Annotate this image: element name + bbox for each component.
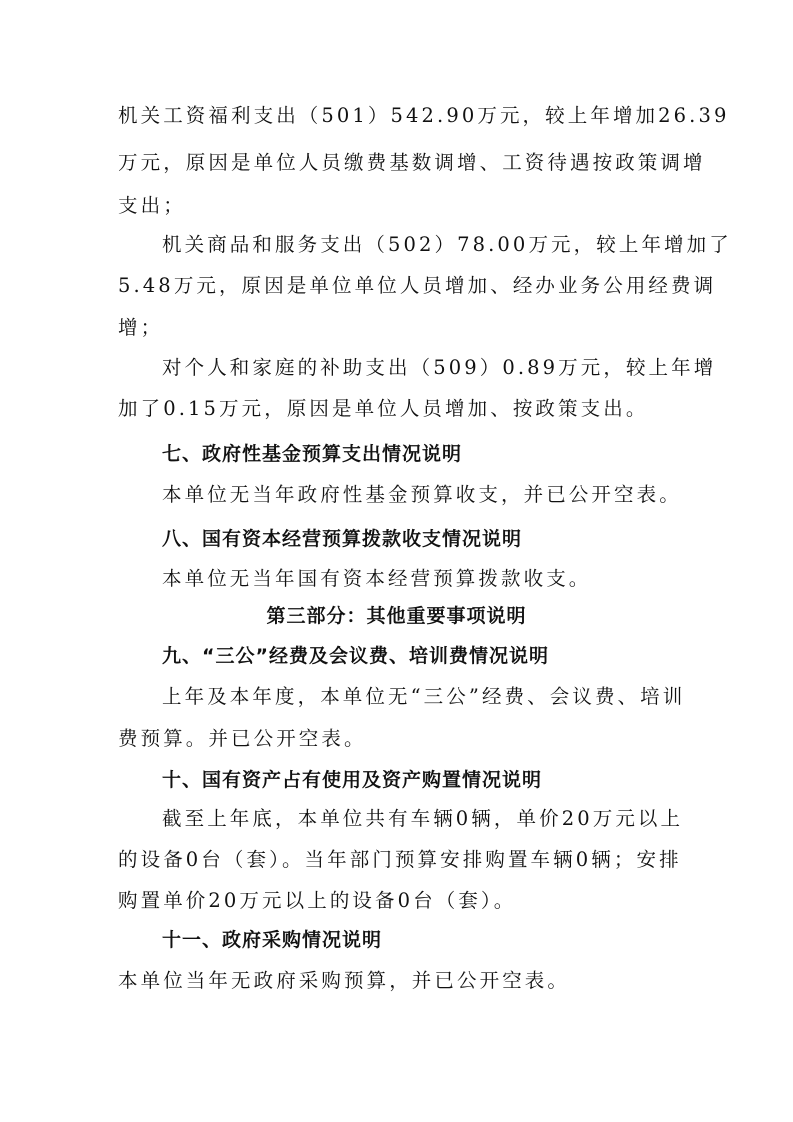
- document-page: 机关工资福利支出（501）542.90万元，较上年增加26.39 万元，原因是单…: [0, 0, 793, 1122]
- section-heading: 十、国有资产占有使用及资产购置情况说明: [162, 766, 722, 794]
- paragraph-line: 对个人和家庭的补助支出（509）0.89万元，较上年增: [162, 354, 722, 382]
- paragraph-line: 增；: [118, 314, 678, 342]
- paragraph-line: 上年及本年度，本单位无“三公”经费、会议费、培训: [162, 683, 722, 711]
- paragraph-line: 购置单价20万元以上的设备0台（套）。: [118, 887, 678, 915]
- paragraph-line: 本单位无当年政府性基金预算收支，并已公开空表。: [162, 481, 722, 509]
- paragraph-line: 本单位无当年国有资本经营预算拨款收支。: [162, 565, 722, 593]
- paragraph-line: 机关商品和服务支出（502）78.00万元，较上年增加了: [162, 231, 722, 259]
- part-title: 第三部分：其他重要事项说明: [0, 602, 793, 630]
- paragraph-line: 截至上年底，本单位共有车辆0辆，单价20万元以上: [162, 805, 722, 833]
- paragraph-line: 的设备0台（套）。当年部门预算安排购置车辆0辆；安排: [118, 846, 678, 874]
- paragraph-line: 5.48万元，原因是单位单位人员增加、经办业务公用经费调: [118, 272, 678, 300]
- section-heading: 八、国有资本经营预算拨款收支情况说明: [162, 525, 722, 553]
- section-heading: 十一、政府采购情况说明: [162, 926, 722, 954]
- paragraph-line: 本单位当年无政府采购预算，并已公开空表。: [118, 967, 678, 995]
- section-heading: 九、“三公”经费及会议费、培训费情况说明: [162, 642, 722, 670]
- paragraph-line: 万元，原因是单位人员缴费基数调增、工资待遇按政策调增: [118, 149, 678, 177]
- section-heading: 七、政府性基金预算支出情况说明: [162, 440, 722, 468]
- paragraph-line: 费预算。并已公开空表。: [118, 725, 678, 753]
- paragraph-line: 支出；: [118, 192, 678, 220]
- paragraph-line: 机关工资福利支出（501）542.90万元，较上年增加26.39: [118, 102, 678, 130]
- paragraph-line: 加了0.15万元，原因是单位人员增加、按政策支出。: [118, 395, 678, 423]
